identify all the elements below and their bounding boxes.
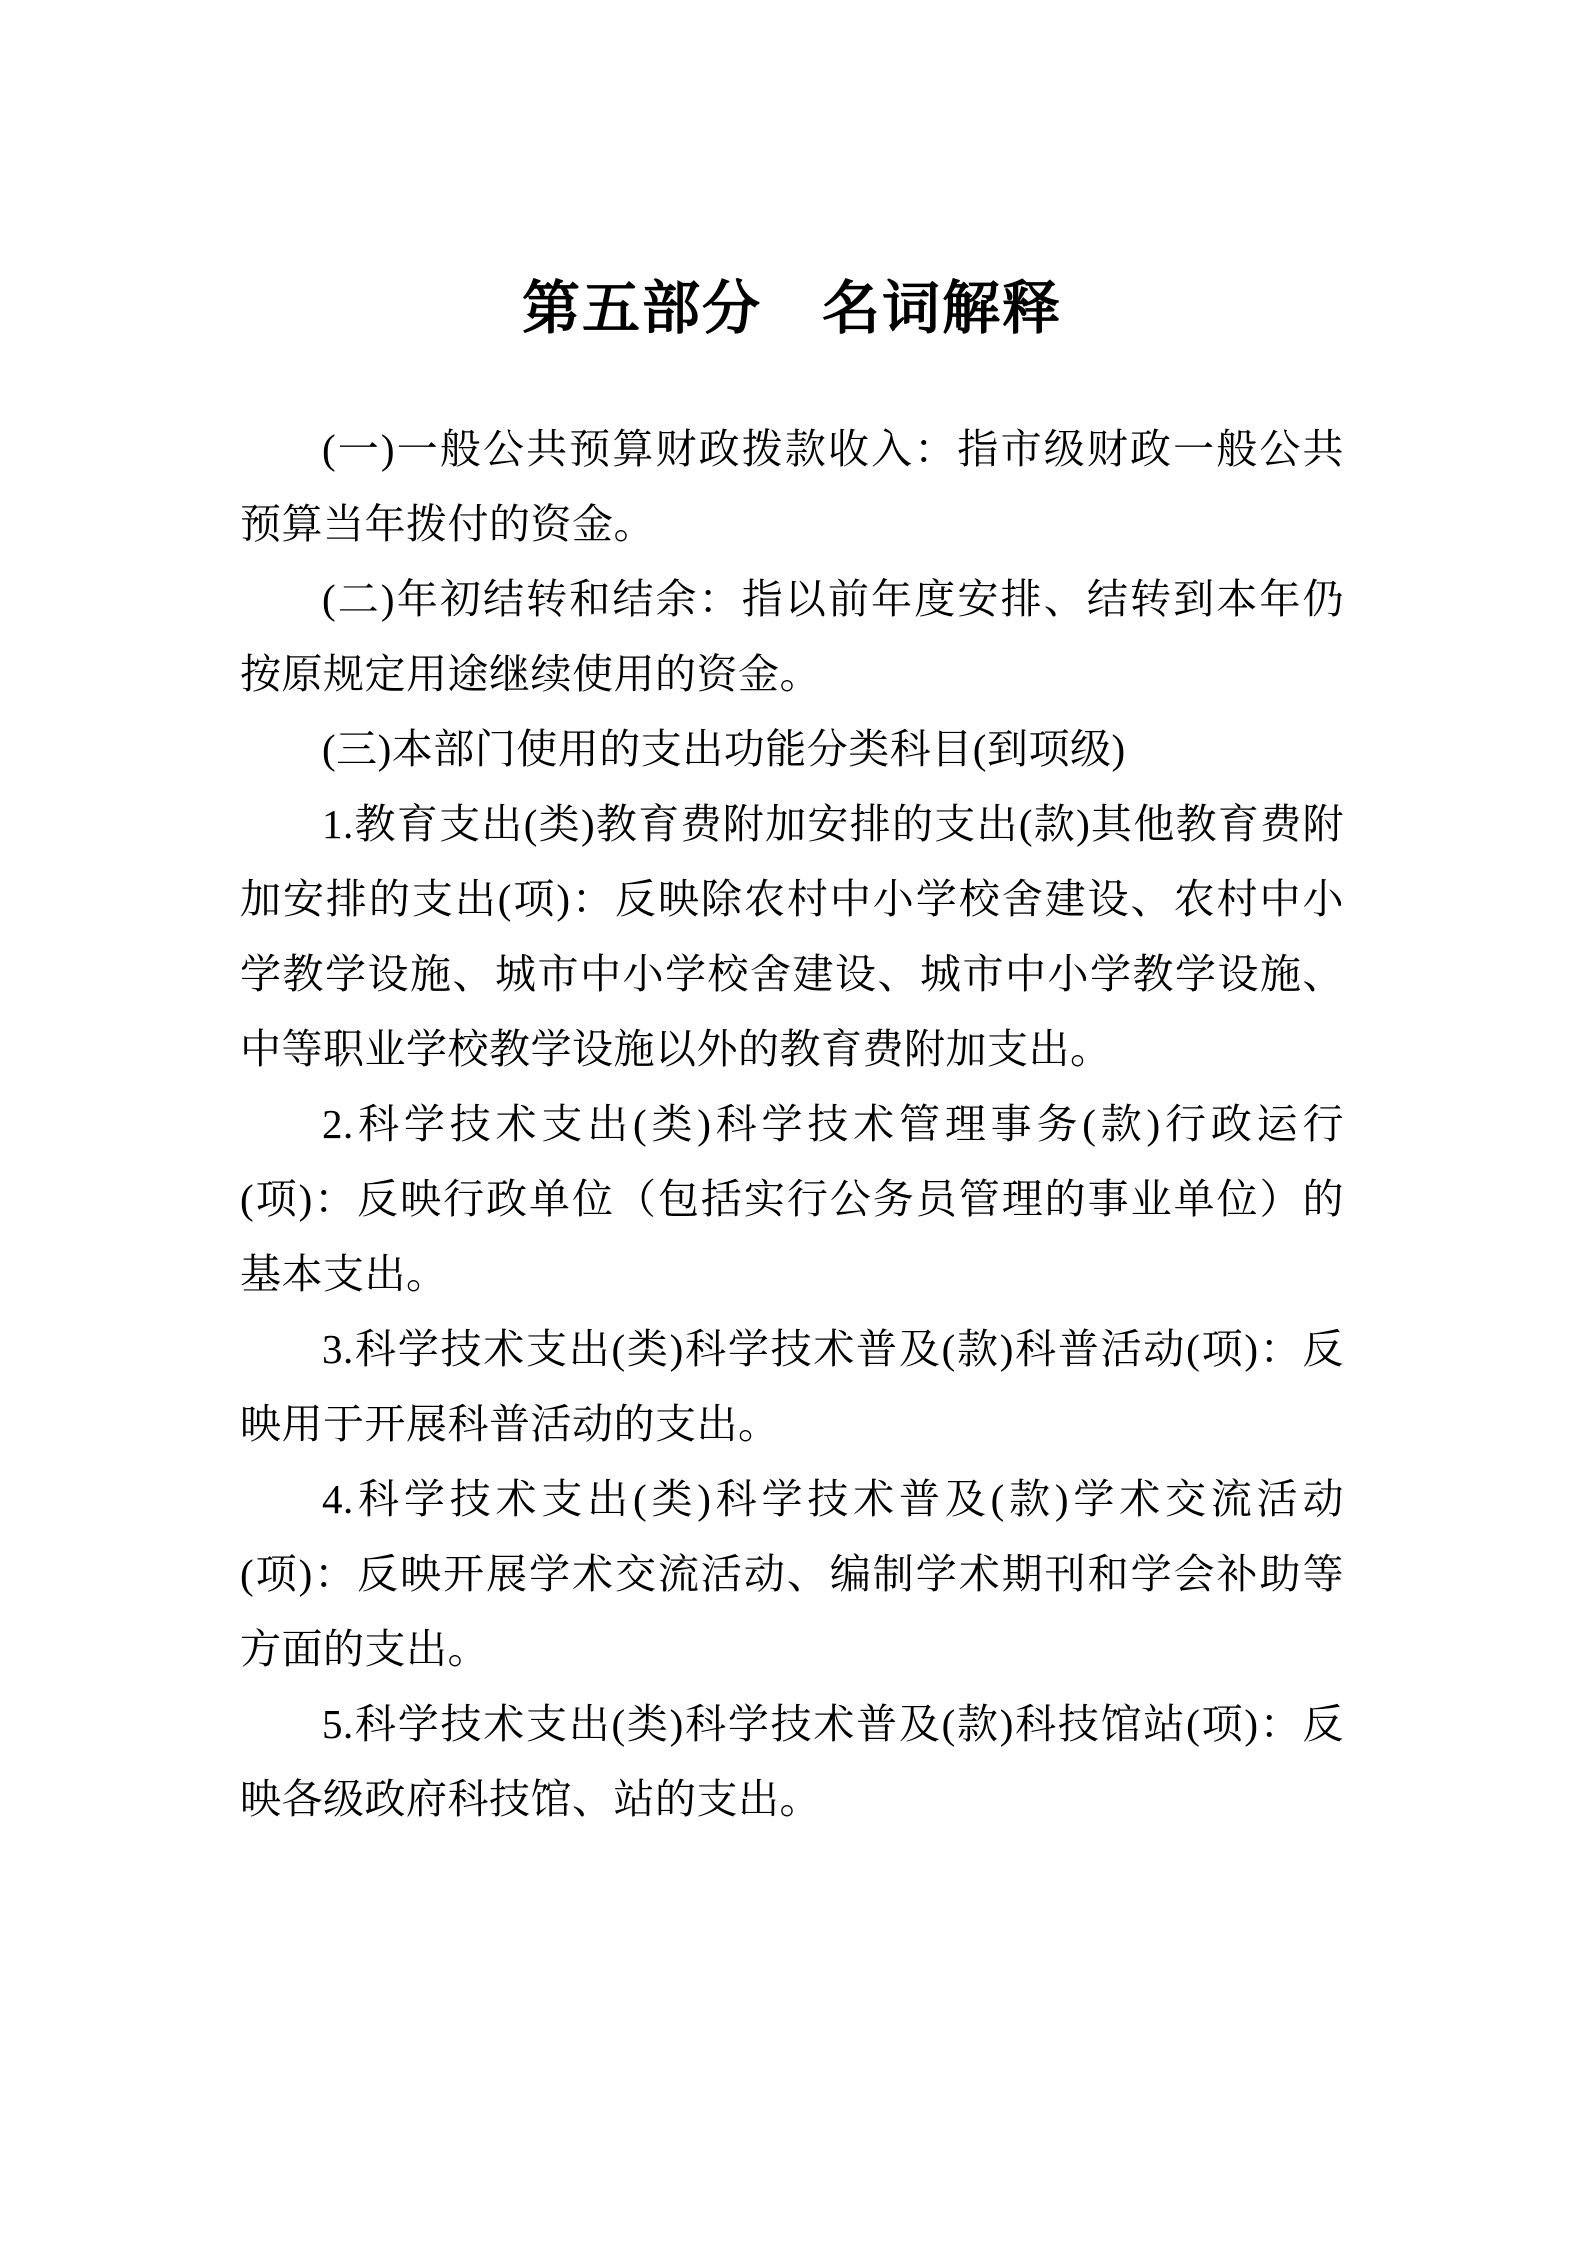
paragraph-general-public-budget-income: (一)一般公共预算财政拨款收入：指市级财政一般公共预算当年拨付的资金。	[240, 412, 1344, 562]
page-title: 第五部分 名词解释	[240, 266, 1344, 352]
paragraph-carryover-balance: (二)年初结转和结余：指以前年度安排、结转到本年仍按原规定用途继续使用的资金。	[240, 562, 1344, 712]
paragraph-item-5-science-museum: 5.科学技术支出(类)科学技术普及(款)科技馆站(项)：反映各级政府科技馆、站的…	[240, 1687, 1344, 1837]
paragraph-item-3-science-popularization: 3.科学技术支出(类)科学技术普及(款)科普活动(项)：反映用于开展科普活动的支…	[240, 1312, 1344, 1462]
paragraph-item-1-education-expenditure: 1.教育支出(类)教育费附加安排的支出(款)其他教育费附加安排的支出(项)：反映…	[240, 787, 1344, 1087]
document-page: 第五部分 名词解释 (一)一般公共预算财政拨款收入：指市级财政一般公共预算当年拨…	[0, 0, 1588, 2246]
paragraph-expenditure-classification-heading: (三)本部门使用的支出功能分类科目(到项级)	[240, 712, 1344, 787]
paragraph-item-2-admin-operation: 2.科学技术支出(类)科学技术管理事务(款)行政运行(项)：反映行政单位（包括实…	[240, 1087, 1344, 1312]
paragraph-item-4-academic-exchange: 4.科学技术支出(类)科学技术普及(款)学术交流活动(项)：反映开展学术交流活动…	[240, 1462, 1344, 1687]
